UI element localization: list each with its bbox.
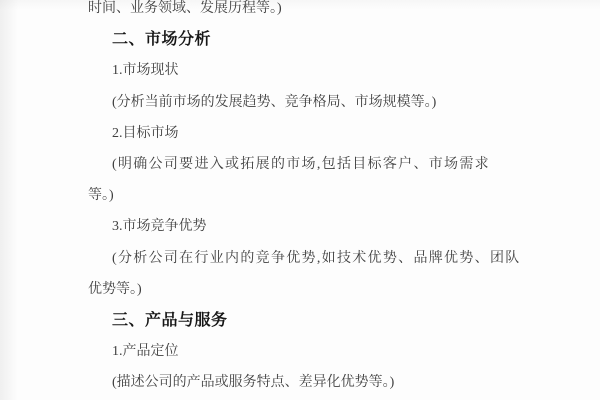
- description-text: (分析公司在行业内的竞争优势,如技术优势、品牌优势、团队: [88, 243, 516, 274]
- description-text: (明确公司要进入或拓展的市场,包括目标客户、市场需求: [88, 149, 516, 180]
- subsection-title: 2.目标市场: [88, 118, 516, 149]
- section-heading-market: 二、市场分析: [88, 24, 516, 55]
- description-text: (描述公司的产品或服务特点、差异化优势等。): [88, 367, 516, 398]
- section-heading-product: 三、产品与服务: [88, 305, 516, 336]
- text-block: 时间、业务领域、发展历程等。) 二、市场分析 1.市场现状 (分析当前市场的发展…: [88, 0, 516, 398]
- description-text: (分析当前市场的发展趋势、竞争格局、市场规模等。): [88, 87, 516, 118]
- subsection-title: 1.产品定位: [88, 336, 516, 367]
- continuation-line: 等。): [88, 180, 516, 211]
- continuation-line: 时间、业务领域、发展历程等。): [88, 0, 516, 24]
- subsection-title: 1.市场现状: [88, 55, 516, 86]
- subsection-title: 3.市场竞争优势: [88, 211, 516, 242]
- document-page: 时间、业务领域、发展历程等。) 二、市场分析 1.市场现状 (分析当前市场的发展…: [0, 0, 600, 400]
- continuation-line: 优势等。): [88, 274, 516, 305]
